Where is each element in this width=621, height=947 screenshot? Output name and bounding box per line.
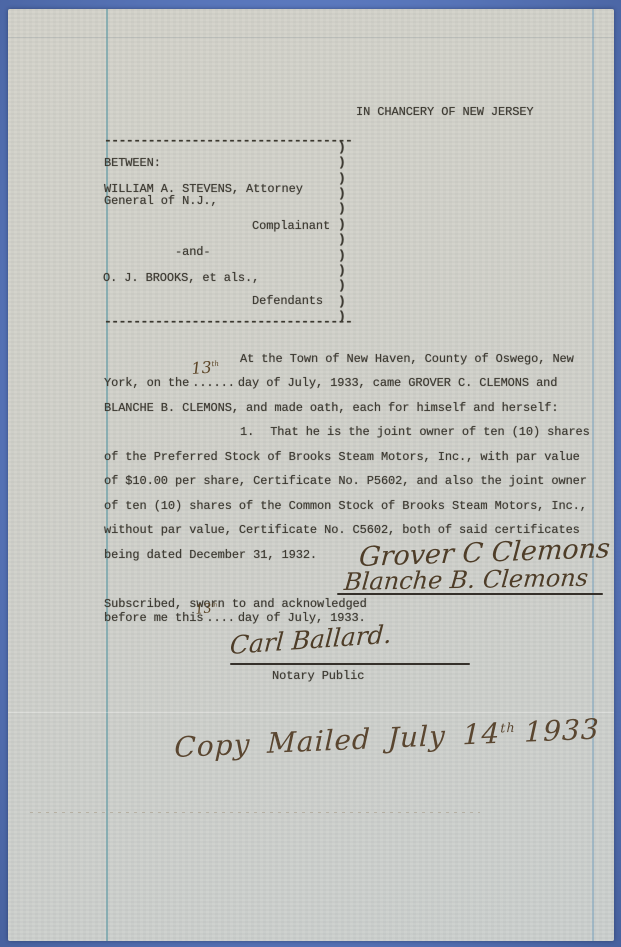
bracket-glyph: ) [338, 232, 352, 247]
handwritten-day: 13th [194, 601, 218, 618]
day-number: 13 [194, 601, 212, 618]
document-page: IN CHANCERY OF NEW JERSEY --------------… [8, 9, 614, 941]
jurat-line2: before me this....day of July, 1933. [104, 612, 366, 625]
bracket-glyph: ) [338, 217, 352, 232]
day-suffix: th [211, 359, 219, 369]
affidavit-line: 1.That he is the joint owner of ten (10)… [240, 426, 590, 439]
bracket-glyph: ) [338, 201, 352, 216]
bracket-glyph: ) [338, 140, 352, 155]
notary-signature: Carl Ballard. [229, 619, 393, 660]
defendant-name: O. J. BROOKS, et als., [103, 272, 259, 285]
notary-rule [230, 663, 470, 665]
paragraph-number: 1. [240, 425, 254, 439]
bracket-glyph: ) [338, 294, 352, 309]
versus-label: -and- [175, 246, 211, 259]
crease-line [30, 812, 480, 813]
complainant-role: Complainant [252, 220, 330, 233]
crease-line [8, 37, 614, 38]
bracket-glyph: ) [338, 263, 352, 278]
affidavit-line: being dated December 31, 1932. [104, 549, 317, 562]
bracket-glyph: ) [338, 309, 352, 324]
affidavit-line: BLANCHE B. CLEMONS, and made oath, each … [104, 402, 558, 415]
bracket-glyph: ) [338, 155, 352, 170]
bracket-glyph: ) [338, 186, 352, 201]
affidavit-line: York, on the......day of July, 1933, cam… [104, 377, 557, 390]
line-text: day of July, 1933, came GROVER C. CLEMON… [238, 376, 558, 390]
bracket-glyph: ) [338, 248, 352, 263]
affidavit-line: At the Town of New Haven, County of Oswe… [240, 353, 574, 366]
affidavit-line: of $10.00 per share, Certificate No. P56… [104, 475, 587, 488]
line-text: before me this [104, 611, 203, 625]
affidavit-line: without par value, Certificate No. C5602… [104, 524, 580, 537]
handwritten-day: 13th [191, 357, 220, 378]
defendant-role: Defendants [252, 295, 323, 308]
annotation-text: Copy Mailed July 14 [174, 717, 501, 764]
signature-underline [337, 593, 603, 595]
line-text: York, on the [104, 376, 189, 390]
fill-in-dots: ...... [192, 376, 235, 390]
notary-title: Notary Public [272, 670, 364, 683]
annotation-year: 1933 [524, 712, 600, 748]
court-header: IN CHANCERY OF NEW JERSEY [356, 106, 534, 119]
bracket-glyph: ) [338, 278, 352, 293]
bracket-glyph: ) [338, 171, 352, 186]
line-text: That he is the joint owner of ten (10) s… [270, 425, 590, 439]
affidavit-line: of ten (10) shares of the Common Stock o… [104, 500, 587, 513]
between-label: BETWEEN: [104, 157, 161, 170]
scan-border: IN CHANCERY OF NEW JERSEY --------------… [0, 0, 621, 947]
complainant-name-line2: General of N.J., [104, 195, 218, 208]
annotation-suffix: th [500, 720, 516, 736]
blanche-signature: Blanche B. Clemons [343, 564, 589, 596]
crease-line [8, 712, 614, 713]
caption-rule-bottom: ----------------------------------------… [104, 314, 354, 328]
affidavit-line: of the Preferred Stock of Brooks Steam M… [104, 451, 580, 464]
caption-bracket: ) ) ) ) ) ) ) ) ) ) ) ) [338, 140, 352, 324]
caption-rule-top: ----------------------------------------… [104, 133, 354, 147]
jurat-line1: Subscribed, sworn to and acknowledged [104, 598, 367, 611]
margin-rule-right [592, 9, 594, 941]
day-suffix: th [211, 602, 218, 609]
mailing-annotation: Copy Mailed July 14th1933 [174, 712, 600, 764]
day-number: 13 [191, 358, 213, 378]
